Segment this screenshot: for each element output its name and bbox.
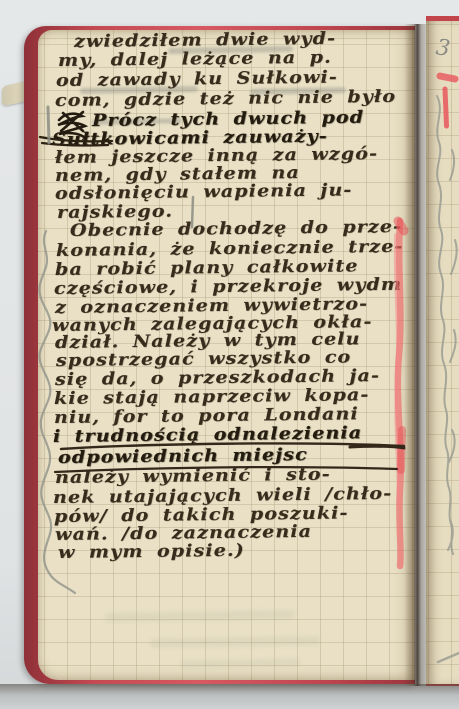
- handwriting-line-underlined: i trudnością odnalezienia: [53, 424, 362, 447]
- notebook-scan: zwiedziłem dwie wyd- my, dalej leżące na…: [0, 0, 459, 709]
- scan-bottom-shadow: [0, 684, 459, 709]
- notebook-page: zwiedziłem dwie wyd- my, dalej leżące na…: [38, 30, 415, 680]
- ink-show-through: [150, 637, 320, 648]
- facing-page-sliver: [426, 21, 459, 684]
- handwriting-line: odsłonięciu wapienia ju-: [55, 181, 353, 204]
- ink-show-through: [180, 659, 300, 668]
- protruding-page-edge: [2, 82, 24, 107]
- handwriting-line: w mym opisie.): [58, 542, 245, 563]
- ink-show-through: [105, 610, 295, 621]
